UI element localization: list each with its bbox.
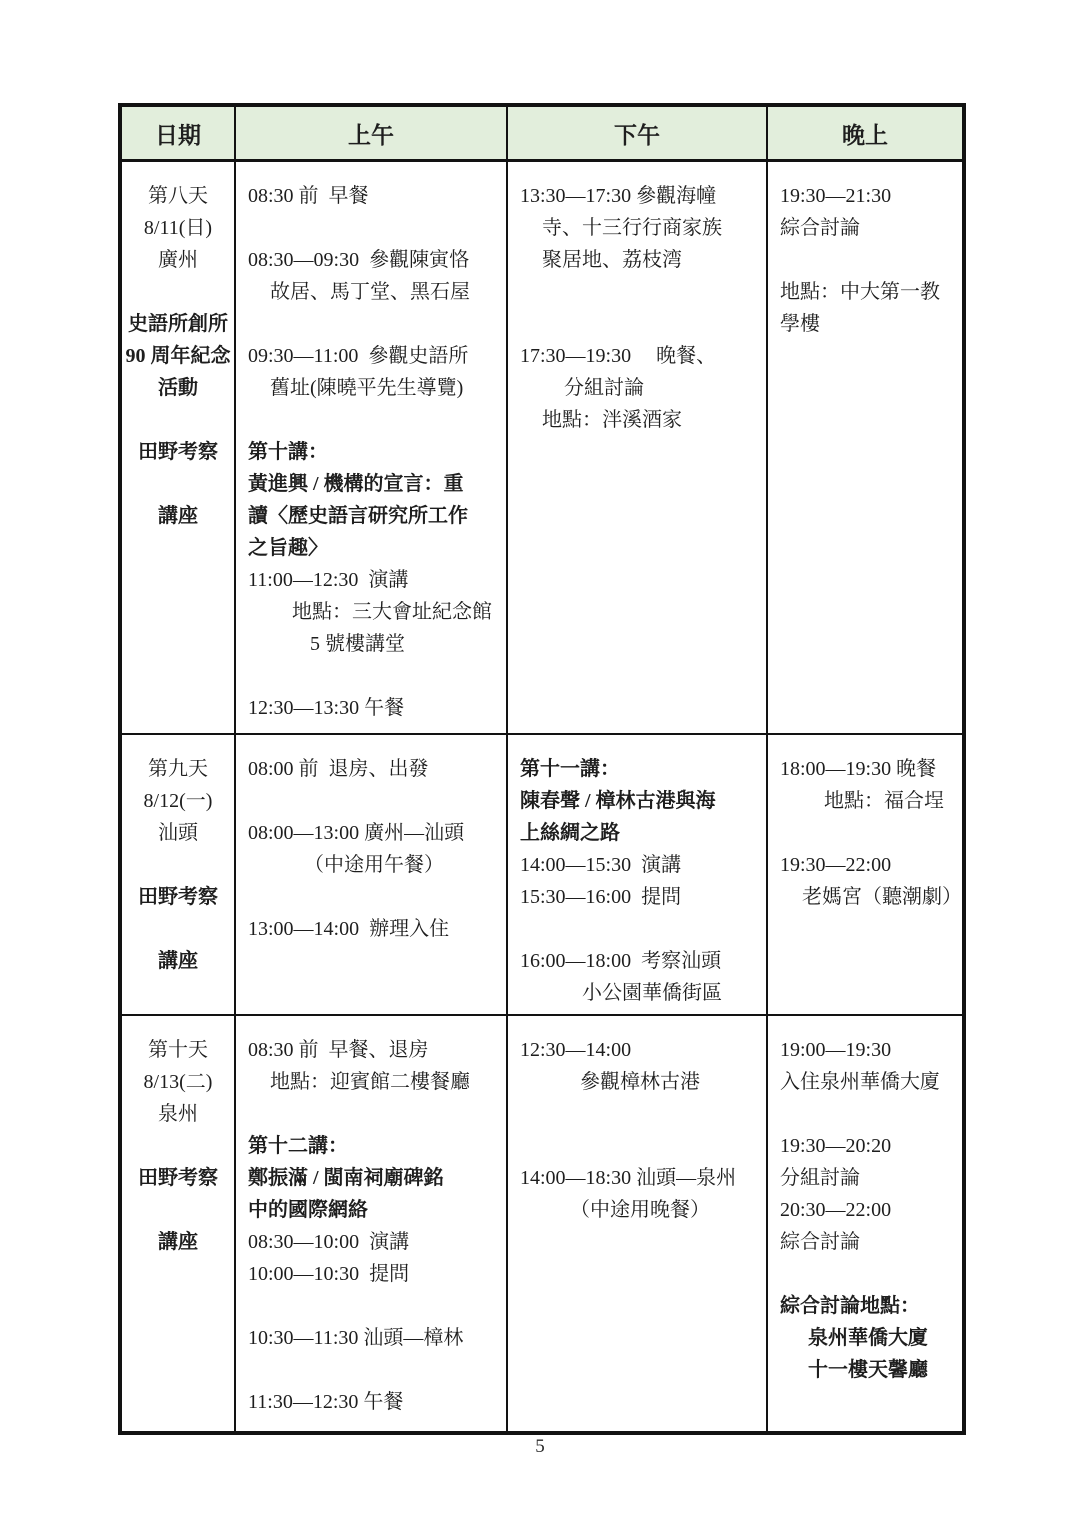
- text-line: 第十二講：: [248, 1130, 500, 1162]
- text-line: 14:00—18:30 汕頭—泉州: [520, 1162, 760, 1194]
- page-number: 5: [0, 1436, 1080, 1458]
- text-line: 講座: [125, 1226, 231, 1258]
- spacer-line: [248, 308, 500, 340]
- schedule-row-day2: 第九天8/12(一)汕頭田野考察講座08:00 前 退房、出發08:00—13:…: [120, 734, 964, 1015]
- text-line: 講座: [125, 500, 231, 532]
- text-line: 舊址(陳曉平先生導覽): [248, 372, 500, 404]
- text-line: 90 周年紀念: [125, 340, 231, 372]
- text-line: 14:00—15:30 演講: [520, 849, 760, 881]
- text-line: 學樓: [780, 308, 956, 340]
- text-line: 寺、十三行行商家族: [520, 212, 760, 244]
- text-line: 第十天: [125, 1034, 231, 1066]
- text-line: 19:00—19:30: [780, 1034, 956, 1066]
- text-line: 綜合討論: [780, 212, 956, 244]
- text-line: 8/11(日): [125, 212, 231, 244]
- text-line: 13:00—14:00 辦理入住: [248, 913, 500, 945]
- text-line: 故居、馬丁堂、黑石屋: [248, 276, 500, 308]
- text-line: 鄭振滿 / 閩南祠廟碑銘: [248, 1162, 500, 1194]
- text-line: 8/12(一): [125, 785, 231, 817]
- text-line: 11:30—12:30 午餐: [248, 1386, 500, 1418]
- text-line: 12:30—13:30 午餐: [248, 692, 500, 724]
- text-line: 地點：三大會址紀念館: [248, 596, 500, 628]
- text-line: 15:30—16:00 提問: [520, 881, 760, 913]
- column-header-1: 上午: [235, 105, 507, 161]
- text-line: 08:00 前 退房、出發: [248, 753, 500, 785]
- day3-afternoon-cell: 12:30—14:00參觀樟林古港14:00—18:30 汕頭—泉州（中途用晚餐…: [507, 1015, 767, 1433]
- spacer-line: [248, 881, 500, 913]
- day2-date-cell: 第九天8/12(一)汕頭田野考察講座: [120, 734, 235, 1015]
- day3-evening-cell: 19:00—19:30入住泉州華僑大廈19:30—20:20分組討論20:30—…: [767, 1015, 964, 1433]
- text-line: 田野考察: [125, 1162, 231, 1194]
- text-line: 活動: [125, 372, 231, 404]
- spacer-line: [780, 1098, 956, 1130]
- text-line: 8/13(二): [125, 1066, 231, 1098]
- spacer-line: [520, 1130, 760, 1162]
- document-page: 日期上午下午晚上 第八天8/11(日)廣州史語所創所90 周年紀念活動田野考察講…: [0, 0, 1080, 1527]
- day3-morning-cell: 08:30 前 早餐、退房地點：迎賓館二樓餐廳第十二講：鄭振滿 / 閩南祠廟碑銘…: [235, 1015, 507, 1433]
- text-line: 地點：福合埕: [780, 785, 956, 817]
- spacer-line: [248, 1354, 500, 1386]
- day1-afternoon-cell: 13:30—17:30 參觀海幢寺、十三行行商家族聚居地、荔枝湾17:30—19…: [507, 161, 767, 734]
- text-line: 08:30 前 早餐: [248, 180, 500, 212]
- text-line: 汕頭: [125, 817, 231, 849]
- text-line: 老媽宮（聽潮劇）: [780, 881, 956, 913]
- spacer-line: [125, 276, 231, 308]
- spacer-line: [125, 404, 231, 436]
- spacer-line: [248, 212, 500, 244]
- text-line: 08:00—13:00 廣州—汕頭: [248, 817, 500, 849]
- spacer-line: [248, 404, 500, 436]
- text-line: 5 號樓講堂: [248, 628, 500, 660]
- text-line: 19:30—22:00: [780, 849, 956, 881]
- text-line: 之旨趣〉: [248, 532, 500, 564]
- text-line: 聚居地、荔枝湾: [520, 244, 760, 276]
- text-line: 泉州華僑大廈: [780, 1322, 956, 1354]
- spacer-line: [520, 308, 760, 340]
- text-line: 分組討論: [520, 372, 760, 404]
- text-line: 18:00—19:30 晚餐: [780, 753, 956, 785]
- spacer-line: [780, 244, 956, 276]
- text-line: 綜合討論: [780, 1226, 956, 1258]
- text-line: 16:00—18:00 考察汕頭: [520, 945, 760, 977]
- text-line: 17:30—19:30 晚餐、: [520, 340, 760, 372]
- day3-date-cell: 第十天8/13(二)泉州田野考察講座: [120, 1015, 235, 1433]
- text-line: 中的國際網絡: [248, 1194, 500, 1226]
- spacer-line: [520, 1098, 760, 1130]
- text-line: 第九天: [125, 753, 231, 785]
- text-line: 泉州: [125, 1098, 231, 1130]
- spacer-line: [248, 785, 500, 817]
- text-line: 第十講：: [248, 436, 500, 468]
- text-line: 第十一講：: [520, 753, 760, 785]
- spacer-line: [520, 276, 760, 308]
- text-line: 10:30—11:30 汕頭—樟林: [248, 1322, 500, 1354]
- schedule-row-day3: 第十天8/13(二)泉州田野考察講座08:30 前 早餐、退房地點：迎賓館二樓餐…: [120, 1015, 964, 1433]
- text-line: 田野考察: [125, 881, 231, 913]
- text-line: 第八天: [125, 180, 231, 212]
- text-line: 講座: [125, 945, 231, 977]
- spacer-line: [125, 849, 231, 881]
- text-line: 09:30—11:00 參觀史語所: [248, 340, 500, 372]
- text-line: 小公園華僑街區: [520, 977, 760, 1009]
- column-header-0: 日期: [120, 105, 235, 161]
- text-line: 地點：中大第一教: [780, 276, 956, 308]
- text-line: （中途用午餐）: [248, 849, 500, 881]
- text-line: 08:30—09:30 參觀陳寅恪: [248, 244, 500, 276]
- column-header-3: 晚上: [767, 105, 964, 161]
- text-line: 廣州: [125, 244, 231, 276]
- text-line: 12:30—14:00: [520, 1034, 760, 1066]
- spacer-line: [248, 660, 500, 692]
- text-line: （中途用晚餐）: [520, 1194, 760, 1226]
- column-header-2: 下午: [507, 105, 767, 161]
- text-line: 地點：泮溪酒家: [520, 404, 760, 436]
- schedule-table: 日期上午下午晚上 第八天8/11(日)廣州史語所創所90 周年紀念活動田野考察講…: [118, 103, 966, 1435]
- day1-date-cell: 第八天8/11(日)廣州史語所創所90 周年紀念活動田野考察講座: [120, 161, 235, 734]
- spacer-line: [125, 913, 231, 945]
- text-line: 20:30—22:00: [780, 1194, 956, 1226]
- spacer-line: [780, 817, 956, 849]
- spacer-line: [125, 1130, 231, 1162]
- day2-evening-cell: 18:00—19:30 晚餐地點：福合埕19:30—22:00老媽宮（聽潮劇）: [767, 734, 964, 1015]
- day2-afternoon-cell: 第十一講：陳春聲 / 樟林古港與海上絲綢之路14:00—15:30 演講15:3…: [507, 734, 767, 1015]
- table-header-row: 日期上午下午晚上: [120, 105, 964, 161]
- text-line: 10:00—10:30 提問: [248, 1258, 500, 1290]
- text-line: 黃進興 / 機構的宣言：重: [248, 468, 500, 500]
- schedule-row-day1: 第八天8/11(日)廣州史語所創所90 周年紀念活動田野考察講座08:30 前 …: [120, 161, 964, 734]
- spacer-line: [125, 1194, 231, 1226]
- spacer-line: [125, 468, 231, 500]
- text-line: 參觀樟林古港: [520, 1066, 760, 1098]
- text-line: 上絲綢之路: [520, 817, 760, 849]
- text-line: 19:30—21:30: [780, 180, 956, 212]
- text-line: 08:30—10:00 演講: [248, 1226, 500, 1258]
- day1-evening-cell: 19:30—21:30綜合討論地點：中大第一教學樓: [767, 161, 964, 734]
- text-line: 入住泉州華僑大廈: [780, 1066, 956, 1098]
- text-line: 19:30—20:20: [780, 1130, 956, 1162]
- text-line: 11:00—12:30 演講: [248, 564, 500, 596]
- day2-morning-cell: 08:00 前 退房、出發08:00—13:00 廣州—汕頭（中途用午餐）13:…: [235, 734, 507, 1015]
- text-line: 13:30—17:30 參觀海幢: [520, 180, 760, 212]
- text-line: 讀〈歷史語言研究所工作: [248, 500, 500, 532]
- spacer-line: [248, 1098, 500, 1130]
- text-line: 綜合討論地點：: [780, 1290, 956, 1322]
- text-line: 分組討論: [780, 1162, 956, 1194]
- day1-morning-cell: 08:30 前 早餐08:30—09:30 參觀陳寅恪故居、馬丁堂、黑石屋09:…: [235, 161, 507, 734]
- text-line: 史語所創所: [125, 308, 231, 340]
- text-line: 08:30 前 早餐、退房: [248, 1034, 500, 1066]
- text-line: 田野考察: [125, 436, 231, 468]
- text-line: 十一樓天馨廳: [780, 1354, 956, 1386]
- spacer-line: [520, 913, 760, 945]
- text-line: 地點：迎賓館二樓餐廳: [248, 1066, 500, 1098]
- spacer-line: [780, 1258, 956, 1290]
- text-line: 陳春聲 / 樟林古港與海: [520, 785, 760, 817]
- spacer-line: [248, 1290, 500, 1322]
